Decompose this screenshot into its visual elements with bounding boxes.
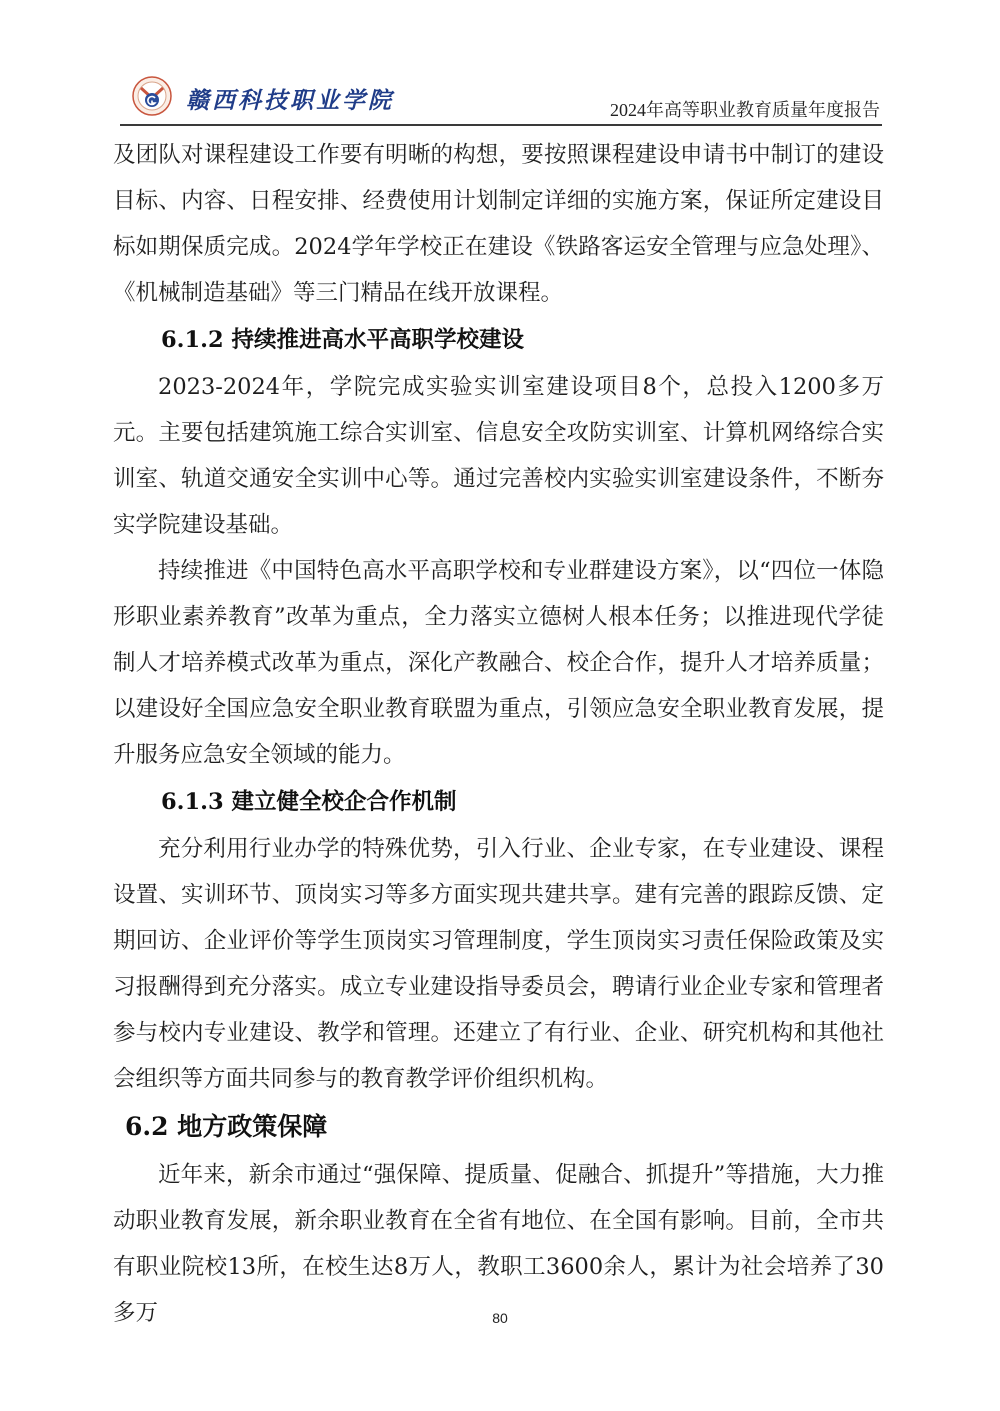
paragraph: 持续推进《中国特色高水平高职学校和专业群建设方案》，以“四位一体隐形职业素养教育… xyxy=(113,548,884,778)
page-content: 及团队对课程建设工作要有明晰的构想，要按照课程建设申请书中制订的建设目标、内容、… xyxy=(113,132,884,1336)
school-name: 赣西科技职业学院 xyxy=(186,82,394,115)
report-title: 2024年高等职业教育质量年度报告 xyxy=(610,96,880,122)
continuation-paragraph: 及团队对课程建设工作要有明晰的构想，要按照课程建设申请书中制订的建设目标、内容、… xyxy=(113,132,884,316)
section-heading-6-2: 6.2 地方政策保障 xyxy=(113,1102,884,1152)
section-heading-6-1-2: 6.1.2 持续推进高水平高职学校建设 xyxy=(113,316,884,364)
paragraph: 充分利用行业办学的特殊优势，引入行业、企业专家，在专业建设、课程设置、实训环节、… xyxy=(113,826,884,1102)
page-number: 80 xyxy=(0,1310,1000,1326)
school-emblem-icon xyxy=(132,76,172,116)
paragraph: 2023-2024年，学院完成实验实训室建设项目8个，总投入1200多万元。主要… xyxy=(113,364,884,548)
header-divider xyxy=(120,124,882,126)
page-header: 赣西科技职业学院 2024年高等职业教育质量年度报告 xyxy=(118,66,882,126)
paragraph: 近年来，新余市通过“强保障、提质量、促融合、抓提升”等措施，大力推动职业教育发展… xyxy=(113,1152,884,1336)
section-heading-6-1-3: 6.1.3 建立健全校企合作机制 xyxy=(113,778,884,826)
